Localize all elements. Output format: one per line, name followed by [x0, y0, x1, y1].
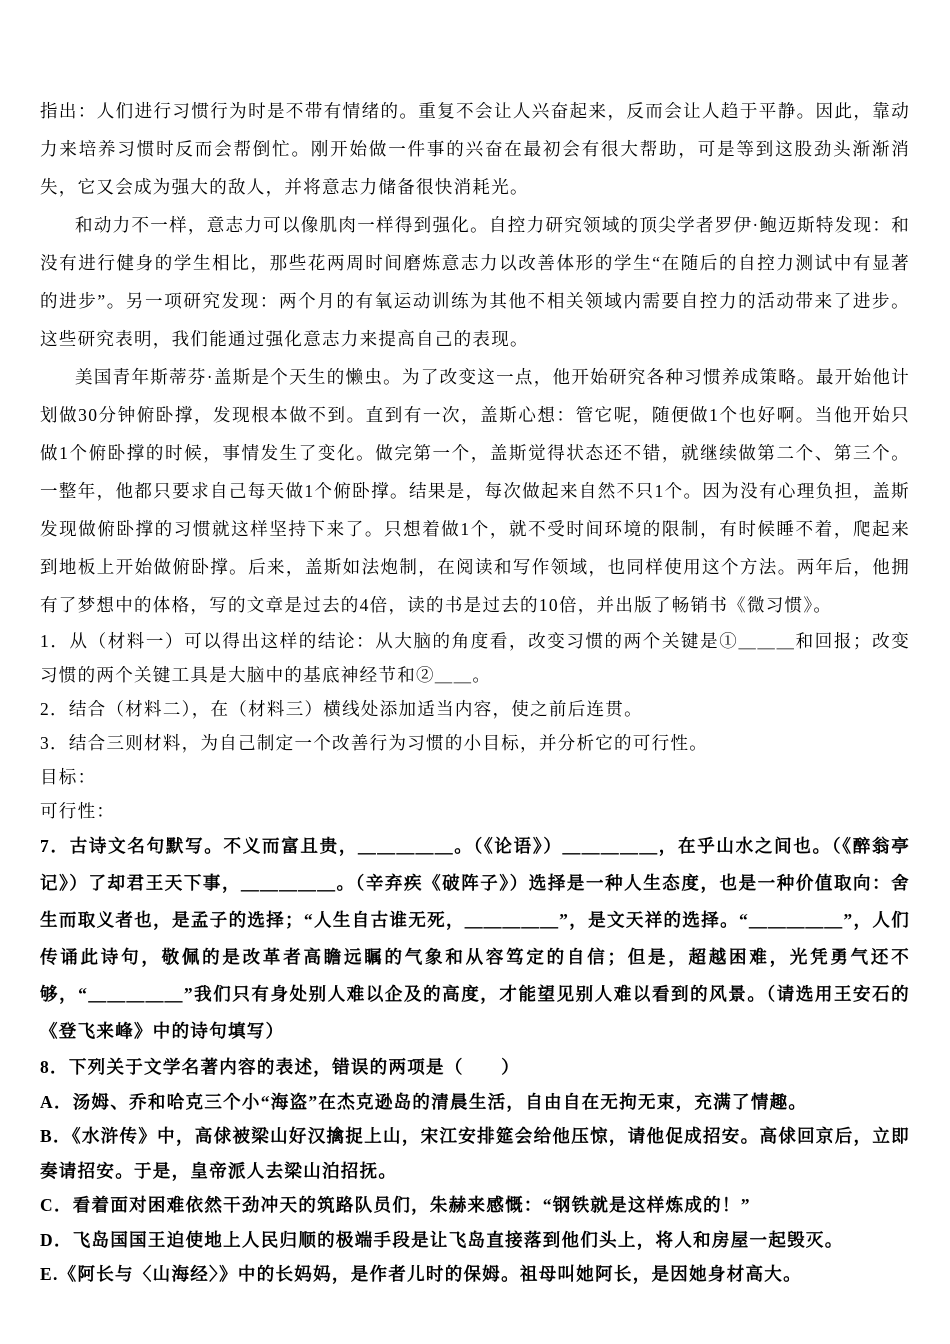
question-8-option-b: B．《水浒传》中，高俅被梁山好汉擒捉上山，宋江安排筵会给他压惊，请他促成招安。高… — [40, 1119, 910, 1188]
question-7: 7．古诗文名句默写。不义而富且贵，＿＿＿＿＿。（《论语》）＿＿＿＿＿，在乎山水之… — [40, 828, 910, 1050]
material-paragraph-2: 和动力不一样，意志力可以像肌肉一样得到强化。自控力研究领域的顶尖学者罗伊·鲍迈斯… — [40, 206, 910, 358]
question-8-option-a: A．汤姆、乔和哈克三个小“海盗”在杰克逊岛的清晨生活，自由自在无拘无束，充满了情… — [40, 1085, 910, 1120]
question-8-stem-prefix: 8．下列关于文学名著内容的表述， — [40, 1057, 332, 1077]
feasibility-label: 可行性： — [40, 794, 910, 828]
question-8-stem-emphasis: 错误的两项是 — [332, 1057, 445, 1077]
question-8-option-e: E.《阿长与〈山海经〉》中的长妈妈，是作者儿时的保姆。祖母叫她阿长，是因她身材高… — [40, 1257, 910, 1292]
question-2: 2．结合（材料二），在（材料三）横线处添加适当内容，使之前后连贯。 — [40, 692, 910, 726]
material-paragraph-1: 指出：人们进行习惯行为时是不带有情绪的。重复不会让人兴奋起来，反而会让人趋于平静… — [40, 92, 910, 206]
material-paragraph-3: 美国青年斯蒂芬·盖斯是个天生的懒虫。为了改变这一点，他开始研究各种习惯养成策略。… — [40, 358, 910, 624]
exam-page: 指出：人们进行习惯行为时是不带有情绪的。重复不会让人兴奋起来，反而会让人趋于平静… — [0, 0, 950, 1344]
question-8-stem: 8．下列关于文学名著内容的表述，错误的两项是（ ） — [40, 1050, 910, 1085]
goal-label: 目标： — [40, 760, 910, 794]
question-8-answer-parentheses: （ ） — [445, 1057, 520, 1077]
question-3: 3．结合三则材料，为自己制定一个改善行为习惯的小目标，并分析它的可行性。 — [40, 726, 910, 760]
question-8-option-d: D．飞岛国国王迫使地上人民归顺的极端手段是让飞岛直接落到他们头上，将人和房屋一起… — [40, 1223, 910, 1258]
question-1: 1．从（材料一）可以得出这样的结论：从大脑的角度看，改变习惯的两个关键是①＿＿＿… — [40, 624, 910, 692]
question-8-option-c: C．看着面对困难依然干劲冲天的筑路队员们，朱赫来感慨：“钢铁就是这样炼成的！” — [40, 1188, 910, 1223]
